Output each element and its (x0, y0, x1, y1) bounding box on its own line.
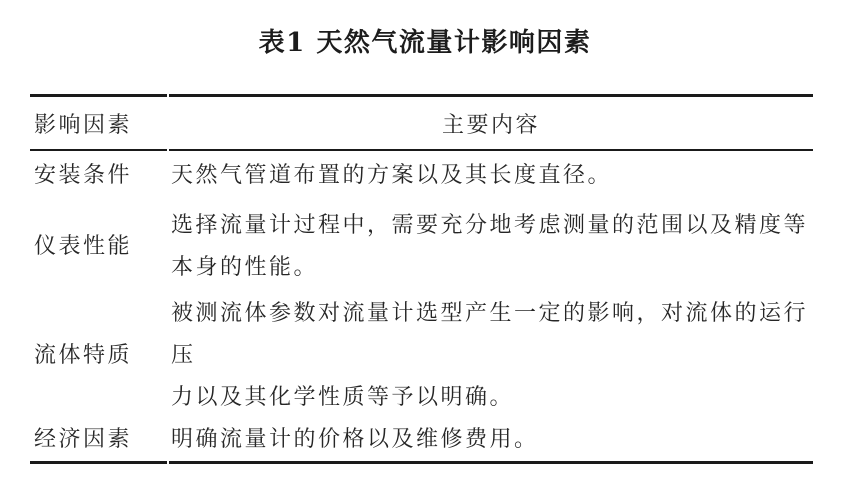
row-content-text: 被测流体参数对流量计选型产生一定的影响，对流体的运行压 力以及其化学性质等予以明… (169, 293, 813, 419)
table-row: 仪表性能 选择流量计过程中，需要充分地考虑测量的范围以及精度等 本身的性能。 (30, 201, 813, 293)
row-factor-label: 仪表性能 (30, 201, 167, 293)
row-factor-label: 流体特质 (30, 293, 167, 419)
row-content-text: 选择流量计过程中，需要充分地考虑测量的范围以及精度等 本身的性能。 (169, 201, 813, 293)
row-factor-label: 安装条件 (30, 151, 167, 201)
table-row: 安装条件 天然气管道布置的方案以及其长度直径。 (30, 151, 813, 201)
column-header-factor: 影响因素 (30, 94, 167, 151)
column-header-content: 主要内容 (169, 94, 813, 151)
document-page: 表1 天然气流量计影响因素 影响因素 主要内容 安装条件 天然气管道布置的方案以… (0, 0, 850, 480)
table-caption: 表1 天然气流量计影响因素 (0, 0, 850, 62)
table-row: 流体特质 被测流体参数对流量计选型产生一定的影响，对流体的运行压 力以及其化学性… (30, 293, 813, 419)
row-content-text: 明确流量计的价格以及维修费用。 (169, 419, 813, 464)
row-factor-label: 经济因素 (30, 419, 167, 464)
factors-table: 影响因素 主要内容 安装条件 天然气管道布置的方案以及其长度直径。 仪表性能 选… (28, 94, 815, 464)
table-header-row: 影响因素 主要内容 (30, 94, 813, 151)
row-content-text: 天然气管道布置的方案以及其长度直径。 (169, 151, 813, 201)
table-row: 经济因素 明确流量计的价格以及维修费用。 (30, 419, 813, 464)
